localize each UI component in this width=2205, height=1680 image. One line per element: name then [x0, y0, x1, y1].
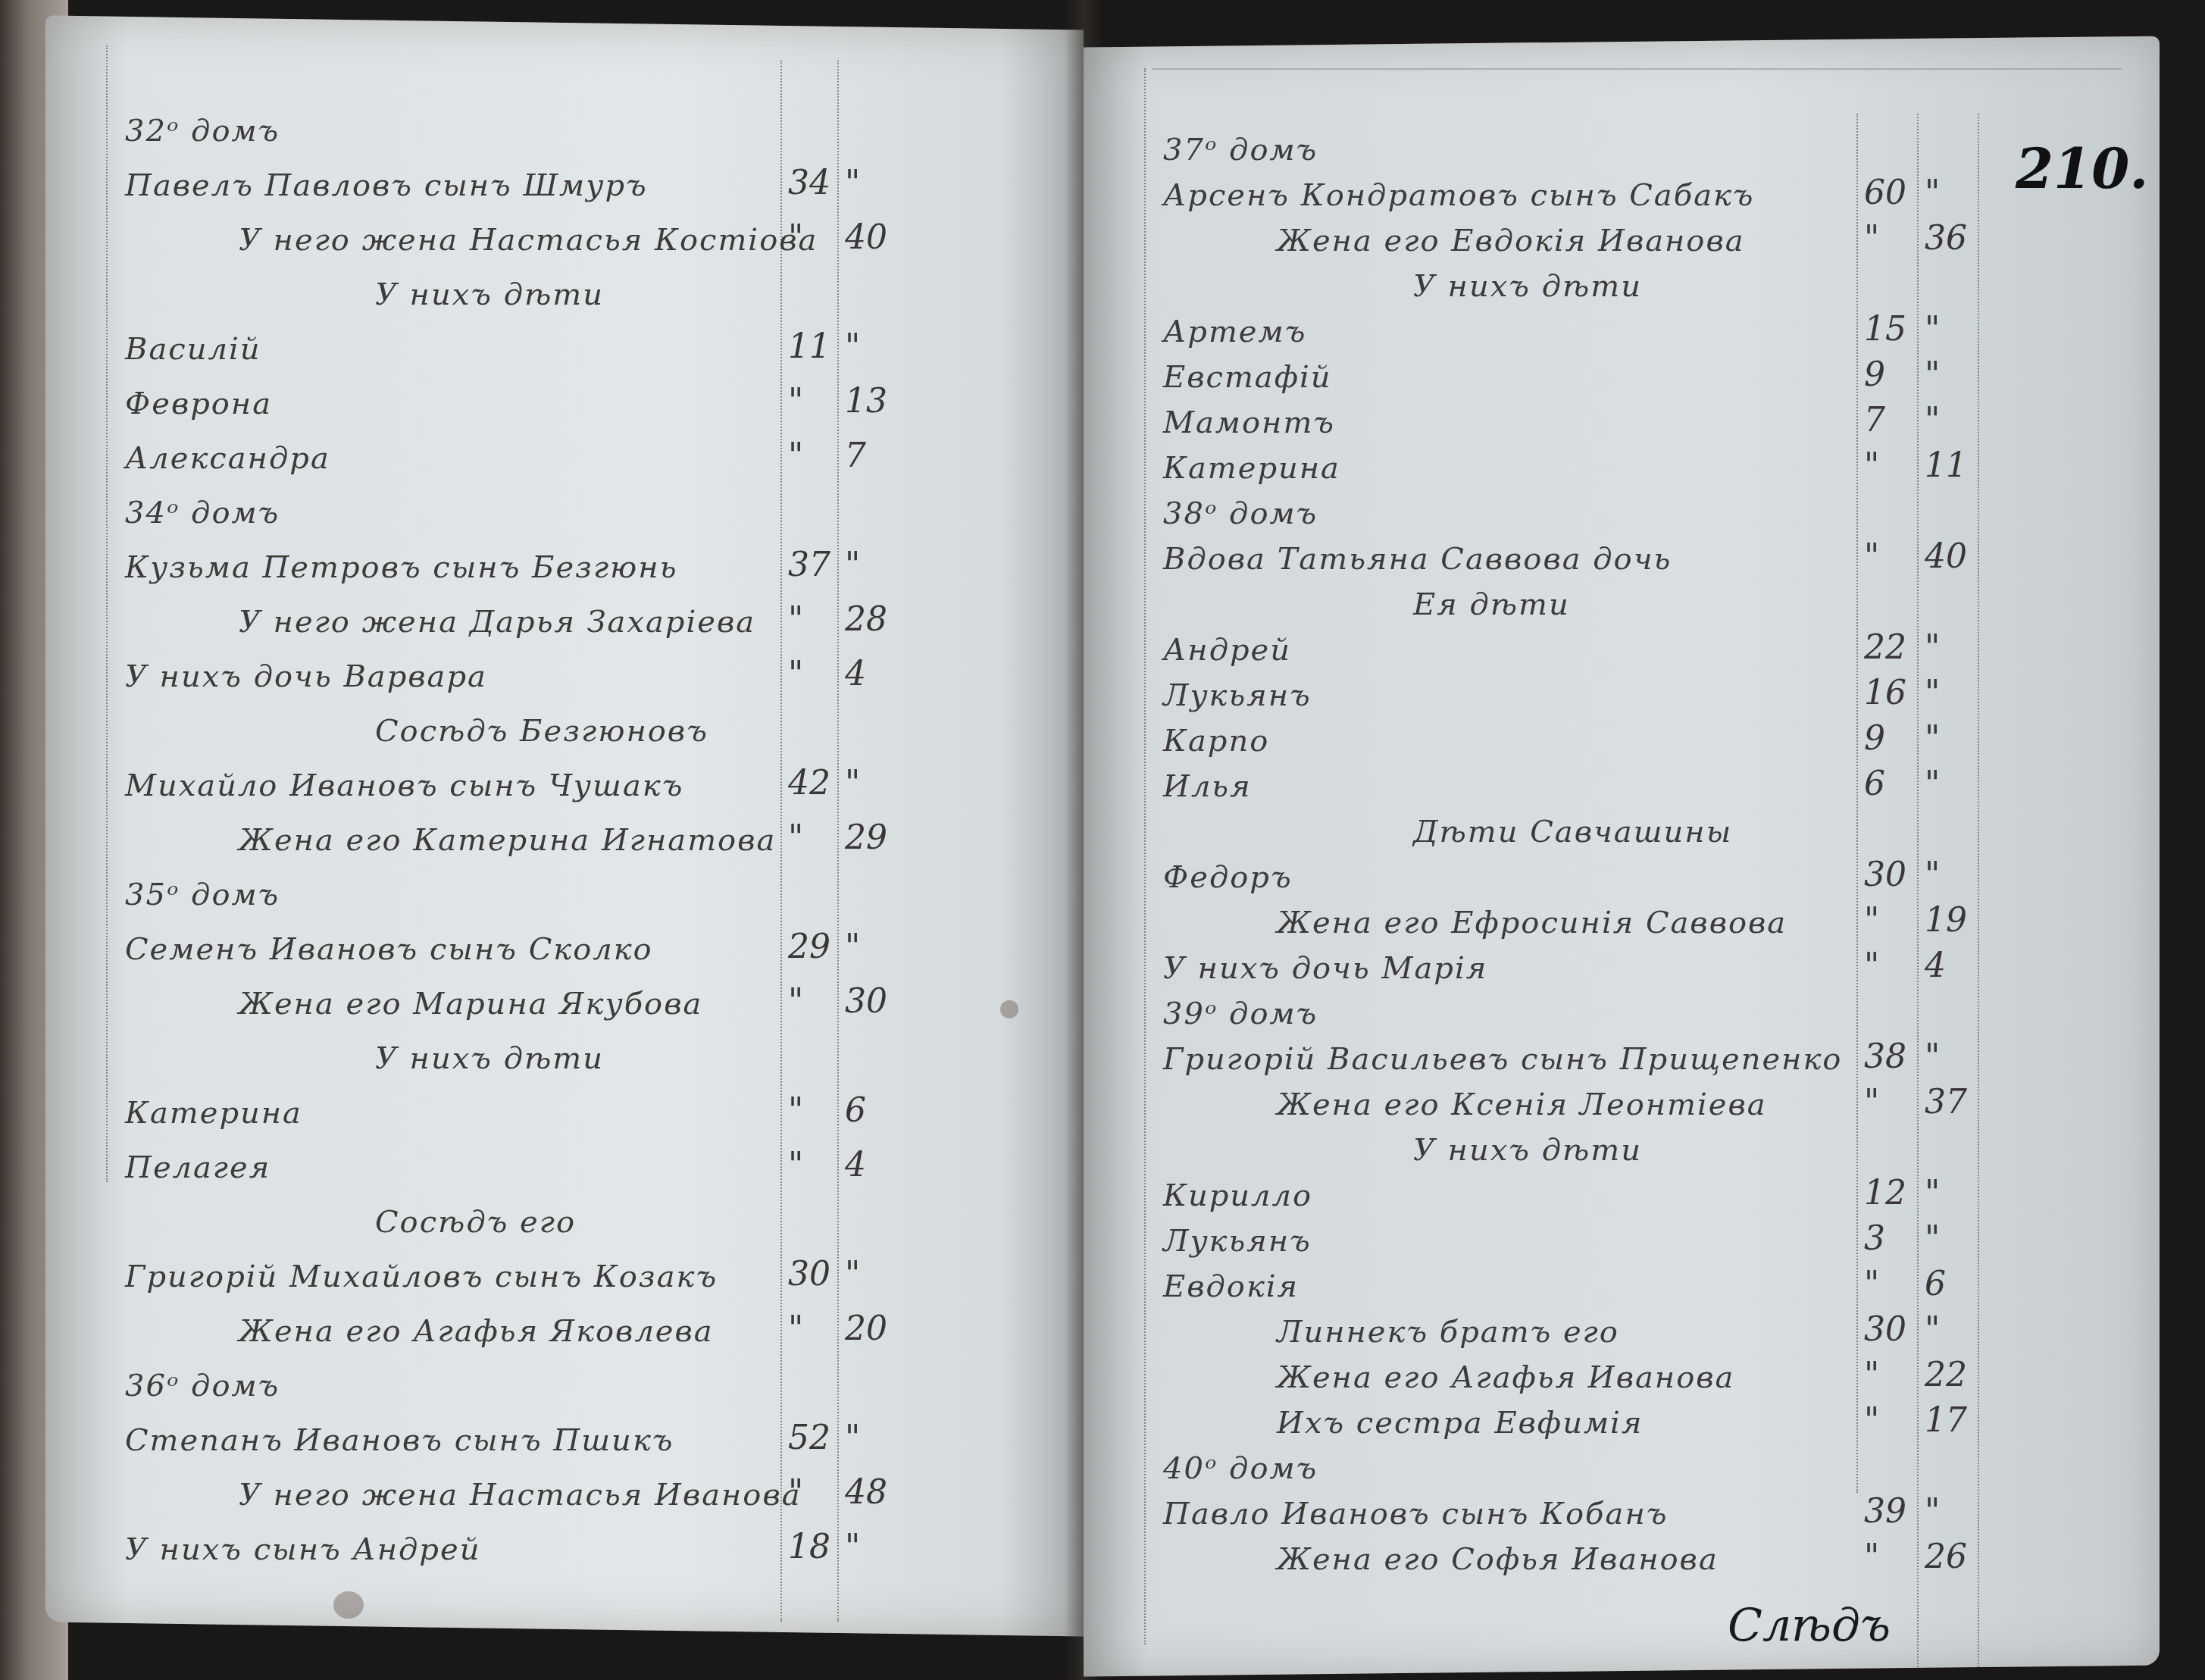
person-entry: Федоръ: [1163, 860, 1293, 895]
person-entry: Жена его Евдокiя Иванова: [1277, 224, 1745, 258]
male-age: ": [1864, 537, 1879, 576]
male-age: 11: [788, 327, 830, 366]
person-entry: Жена его Агафья Яковлева: [239, 1314, 714, 1349]
person-entry: Вдова Татьяна Саввова дочь: [1163, 542, 1672, 577]
male-age: ": [788, 818, 803, 857]
ink-blot: [1000, 1000, 1018, 1018]
person-entry: Феврона: [125, 386, 272, 421]
left-column-rule-female: [837, 61, 839, 1622]
female-age: 22: [1925, 1356, 1967, 1394]
female-age: ": [1925, 1492, 1940, 1531]
male-age: ": [788, 982, 803, 1021]
male-age: 38: [1864, 1037, 1906, 1076]
person-entry: Евдокiя: [1163, 1269, 1299, 1304]
female-age: 6: [1925, 1265, 1946, 1303]
female-age: ": [1925, 401, 1940, 440]
house-number-heading: 32ᵒ домъ: [125, 114, 280, 149]
person-entry: Пелагея: [125, 1150, 271, 1185]
male-age: ": [1864, 1538, 1879, 1576]
person-entry: Григорiй Михайловъ сынъ Козакъ: [125, 1259, 718, 1294]
section-subheading: Ея дѣти: [1413, 587, 1570, 622]
male-age: ": [788, 1309, 803, 1348]
male-age: ": [788, 1091, 803, 1130]
right-margin-rule: [1144, 68, 1146, 1644]
person-entry: Арсенъ Кондратовъ сынъ Сабакъ: [1163, 178, 1755, 213]
female-age: 4: [845, 655, 866, 693]
female-age: ": [1925, 1174, 1940, 1212]
male-age: 30: [1864, 856, 1906, 894]
left-margin-rule: [106, 45, 108, 1182]
person-entry: Жена его Катерина Игнатова: [239, 823, 776, 858]
male-age: 29: [788, 928, 830, 966]
person-entry: Жена его Марина Якубова: [239, 987, 702, 1021]
continuation-mark: Слѣдъ: [1728, 1599, 1891, 1652]
female-age: 6: [845, 1091, 866, 1130]
female-age: ": [1925, 765, 1940, 803]
right-column-rule-female: [1917, 114, 1919, 1667]
section-subheading: У нихъ дѣти: [375, 277, 604, 312]
male-age: 22: [1864, 628, 1906, 667]
person-entry: Катерина: [125, 1096, 302, 1131]
person-entry: Евстафiй: [1163, 360, 1332, 395]
female-age: ": [845, 327, 860, 366]
male-age: 12: [1864, 1174, 1906, 1212]
female-age: 28: [845, 600, 887, 639]
female-age: 4: [845, 1146, 866, 1184]
person-entry: Линнекъ братъ его: [1277, 1315, 1619, 1350]
right-top-rule: [1152, 68, 2122, 70]
male-age: 18: [788, 1528, 830, 1566]
right-column-rule-male: [1856, 114, 1858, 1493]
male-age: 30: [1864, 1310, 1906, 1349]
male-age: 6: [1864, 765, 1885, 803]
female-age: 26: [1925, 1538, 1967, 1576]
male-age: 34: [788, 164, 830, 202]
section-subheading: Дѣти Савчашины: [1413, 815, 1732, 849]
male-age: 60: [1864, 174, 1906, 212]
section-subheading: У нихъ дѣти: [1413, 1133, 1642, 1168]
book-spread: 32ᵒ домъПавелъ Павловъ сынъ Шмуръ34"У не…: [0, 0, 2205, 1680]
female-age: ": [1925, 628, 1940, 667]
female-age: ": [1925, 674, 1940, 712]
female-age: 40: [1925, 537, 1967, 576]
female-age: ": [845, 546, 860, 584]
female-age: ": [1925, 355, 1940, 394]
person-entry: Ихъ сестра Евфимiя: [1277, 1406, 1643, 1441]
person-entry: Степанъ Ивановъ сынъ Пшикъ: [125, 1423, 674, 1458]
person-entry: Павелъ Павловъ сынъ Шмуръ: [125, 168, 648, 203]
male-age: 7: [1864, 401, 1885, 440]
person-entry: Андрей: [1163, 633, 1291, 668]
female-age: ": [1925, 310, 1940, 349]
male-age: 3: [1864, 1219, 1885, 1258]
section-subheading: У нихъ дѣти: [1413, 269, 1642, 304]
person-entry: Александра: [125, 441, 330, 476]
section-subheading: Сосѣдъ его: [375, 1205, 576, 1240]
male-age: 15: [1864, 310, 1906, 349]
male-age: ": [788, 600, 803, 639]
person-entry: Григорiй Васильевъ сынъ Прищепенко: [1163, 1042, 1842, 1077]
house-number-heading: 36ᵒ домъ: [125, 1369, 280, 1403]
person-entry: Мамонтъ: [1163, 405, 1335, 440]
person-entry: Катерина: [1163, 451, 1340, 486]
male-age: 16: [1864, 674, 1906, 712]
female-age: 36: [1925, 219, 1967, 258]
male-age: 30: [788, 1255, 830, 1294]
male-age: ": [1864, 219, 1879, 258]
person-entry: Карпо: [1163, 724, 1269, 759]
male-age: ": [1864, 946, 1879, 985]
female-age: 19: [1925, 901, 1967, 940]
female-age: ": [845, 764, 860, 802]
female-age: ": [1925, 719, 1940, 758]
male-age: ": [788, 436, 803, 475]
female-age: 20: [845, 1309, 887, 1348]
section-subheading: Сосѣдъ Безгюновъ: [375, 714, 708, 749]
house-number-heading: 37ᵒ домъ: [1163, 133, 1318, 167]
section-subheading: У нихъ дѣти: [375, 1041, 604, 1076]
person-entry: Илья: [1163, 769, 1252, 804]
male-age: 42: [788, 764, 830, 802]
female-age: ": [845, 1255, 860, 1294]
female-age: 40: [845, 218, 887, 257]
house-number-heading: 35ᵒ домъ: [125, 878, 280, 912]
female-age: 17: [1925, 1401, 1967, 1440]
female-age: 37: [1925, 1083, 1967, 1122]
male-age: 52: [788, 1419, 830, 1457]
male-age: 37: [788, 546, 830, 584]
male-age: ": [1864, 901, 1879, 940]
male-age: 9: [1864, 719, 1885, 758]
male-age: ": [788, 218, 803, 257]
person-entry: Жена его Ксенiя Леонтiева: [1277, 1087, 1767, 1122]
male-age: ": [1864, 446, 1879, 485]
male-age: 39: [1864, 1492, 1906, 1531]
right-column-rule-outer: [1978, 114, 1979, 1667]
house-number-heading: 39ᵒ домъ: [1163, 996, 1318, 1031]
person-entry: У него жена Настасья Иванова: [239, 1478, 802, 1513]
left-column-rule-male: [780, 61, 782, 1622]
person-entry: Артемъ: [1163, 314, 1306, 349]
male-age: ": [788, 655, 803, 693]
house-number-heading: 38ᵒ домъ: [1163, 496, 1318, 531]
person-entry: У него жена Настасья Костiова: [239, 223, 818, 258]
female-age: ": [1925, 1037, 1940, 1076]
female-age: 4: [1925, 946, 1946, 985]
male-age: 9: [1864, 355, 1885, 394]
person-entry: Семенъ Ивановъ сынъ Сколко: [125, 932, 653, 967]
person-entry: Василiй: [125, 332, 261, 367]
male-age: ": [788, 382, 803, 421]
person-entry: Жена его Ефросинiя Саввова: [1277, 906, 1787, 940]
male-age: ": [788, 1146, 803, 1184]
female-age: 7: [845, 436, 866, 475]
female-age: 13: [845, 382, 887, 421]
ink-blot: [333, 1591, 364, 1619]
person-entry: У него жена Дарья Захарiева: [239, 605, 755, 640]
person-entry: Кирилло: [1163, 1178, 1312, 1213]
female-age: 11: [1925, 446, 1967, 485]
person-entry: Павло Ивановъ сынъ Кобанъ: [1163, 1497, 1668, 1531]
person-entry: Жена его Агафья Иванова: [1277, 1360, 1734, 1395]
female-age: ": [1925, 856, 1940, 894]
female-age: ": [1925, 174, 1940, 212]
person-entry: Лукьянъ: [1163, 1224, 1312, 1259]
female-age: ": [845, 1528, 860, 1566]
male-age: ": [788, 1473, 803, 1512]
female-age: ": [1925, 1310, 1940, 1349]
person-entry: У нихъ сынъ Андрей: [125, 1532, 480, 1567]
female-age: ": [1925, 1219, 1940, 1258]
female-age: 30: [845, 982, 887, 1021]
person-entry: Жена его Софья Иванова: [1277, 1542, 1719, 1577]
person-entry: Кузьма Петровъ сынъ Безгюнь: [125, 550, 677, 585]
person-entry: Лукьянъ: [1163, 678, 1312, 713]
female-age: ": [845, 164, 860, 202]
female-age: ": [845, 928, 860, 966]
person-entry: Михайло Ивановъ сынъ Чушакъ: [125, 768, 683, 803]
person-entry: У нихъ дочь Марiя: [1163, 951, 1487, 986]
person-entry: У нихъ дочь Варвара: [125, 659, 487, 694]
folio-number: 210.: [2016, 136, 2148, 201]
female-age: 29: [845, 818, 887, 857]
house-number-heading: 40ᵒ домъ: [1163, 1451, 1318, 1486]
house-number-heading: 34ᵒ домъ: [125, 496, 280, 530]
male-age: ": [1864, 1401, 1879, 1440]
male-age: ": [1864, 1356, 1879, 1394]
female-age: 48: [845, 1473, 887, 1512]
male-age: ": [1864, 1083, 1879, 1122]
male-age: ": [1864, 1265, 1879, 1303]
female-age: ": [845, 1419, 860, 1457]
